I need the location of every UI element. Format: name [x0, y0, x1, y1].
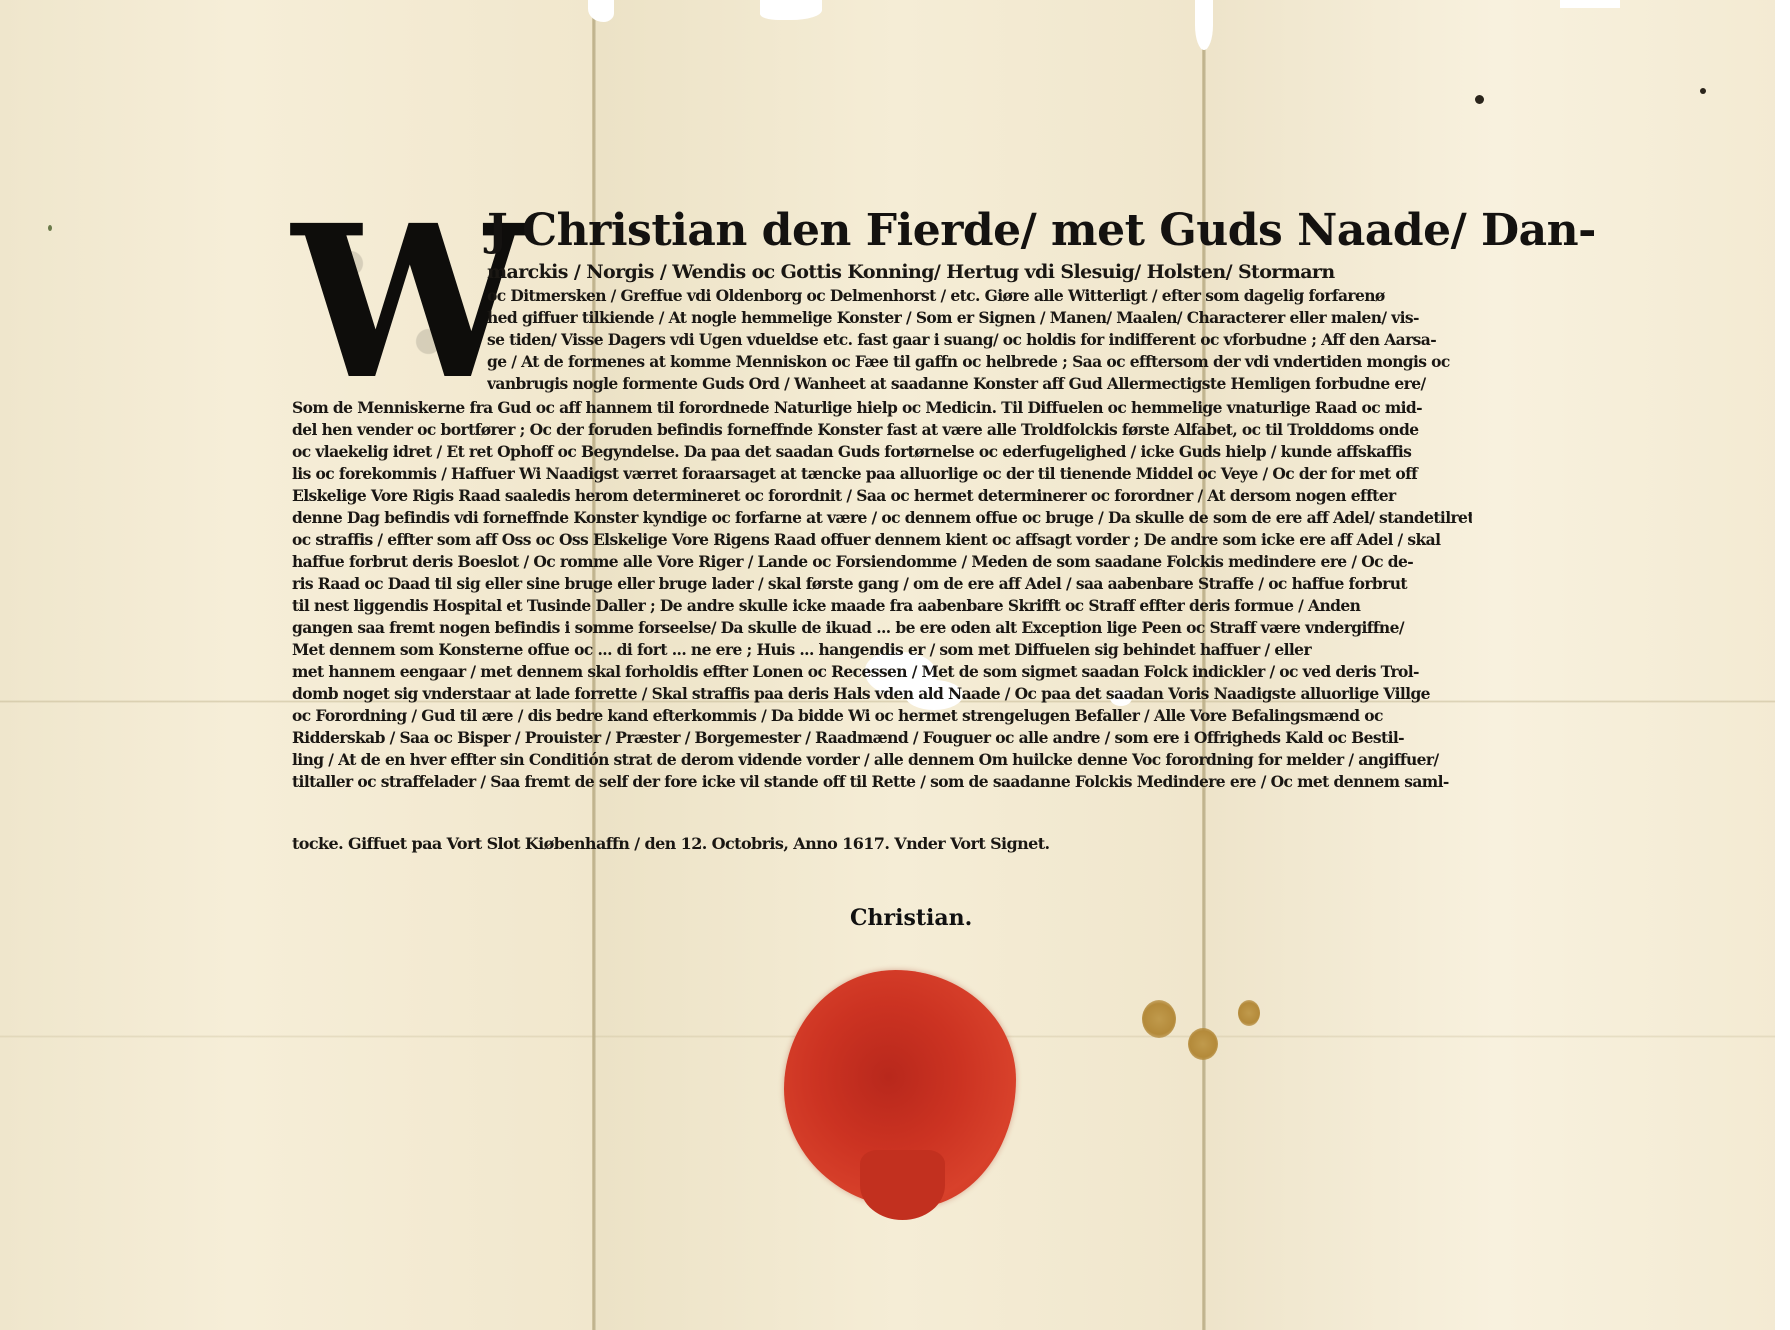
right-edge — [1775, 0, 1790, 1330]
text-line: oc Forordning / Gud til ære / dis bedre … — [292, 705, 1472, 727]
text-line: Ridderskab / Saa oc Bisper / Prouister /… — [292, 727, 1472, 749]
ink-speck — [1475, 95, 1484, 104]
text-line: del hen vender oc bortfører ; Oc der for… — [292, 419, 1472, 441]
closing-line: tocke. Giffuet paa Vort Slot Kiøbenhaffn… — [292, 833, 1472, 855]
ink-speck — [48, 225, 52, 231]
text-line: ge / At de formenes at komme Menniskon o… — [487, 351, 1472, 373]
wax-seal-drip — [860, 1150, 945, 1220]
text-line: Som de Menniskerne fra Gud oc aff hannem… — [292, 397, 1472, 419]
edge-tear — [1560, 0, 1620, 8]
stain-spot — [1188, 1028, 1218, 1060]
parchment-sheet: W J Christian den Fierde/ met Guds Naade… — [0, 0, 1790, 1330]
text-line: denne Dag befindis vdi forneffnde Konste… — [292, 507, 1472, 529]
text-line: se tiden/ Visse Dagers vdi Ugen vdueldse… — [487, 329, 1472, 351]
ink-speck — [1700, 88, 1706, 94]
edge-tear — [1195, 0, 1213, 50]
text-line: oc vlaekelig idret / Et ret Ophoff oc Be… — [292, 441, 1472, 463]
text-line: ling / At de en hver effter sin Conditió… — [292, 749, 1472, 771]
text-line: vanbrugis nogle formente Guds Ord / Wanh… — [487, 373, 1472, 395]
text-line: hed giffuer tilkiende / At nogle hemmeli… — [487, 307, 1472, 329]
text-line: oc Ditmersken / Greffue vdi Oldenborg oc… — [487, 285, 1472, 307]
text-line: lis oc forekommis / Haffuer Wi Naadigst … — [292, 463, 1472, 485]
royal-signature: Christian. — [850, 905, 972, 931]
text-line: oc straffis / effter som aff Oss oc Oss … — [292, 529, 1472, 551]
text-line: haffue forbrut deris Boeslot / Oc romme … — [292, 551, 1472, 573]
decorated-initial: W — [292, 205, 487, 400]
text-line: domb noget sig vnderstaar at lade forret… — [292, 683, 1472, 705]
stain-spot — [1238, 1000, 1260, 1026]
text-line: til nest liggendis Hospital et Tusinde D… — [292, 595, 1472, 617]
edge-tear — [760, 0, 822, 20]
text-line: marckis / Norgis / Wendis oc Gottis Konn… — [487, 261, 1472, 283]
text-line: ris Raad oc Daad til sig eller sine brug… — [292, 573, 1472, 595]
text-line: met hannem eengaar / met dennem skal for… — [292, 661, 1472, 683]
text-line: gangen saa fremt nogen befindis i somme … — [292, 617, 1472, 639]
heading-line: J Christian den Fierde/ met Guds Naade/ … — [487, 205, 1472, 257]
stain-spot — [1142, 1000, 1176, 1038]
text-line: tiltaller oc straffelader / Saa fremt de… — [292, 771, 1472, 793]
text-line: Elskelige Vore Rigis Raad saaledis herom… — [292, 485, 1472, 507]
text-line: Met dennem som Konsterne offue oc ... di… — [292, 639, 1472, 661]
